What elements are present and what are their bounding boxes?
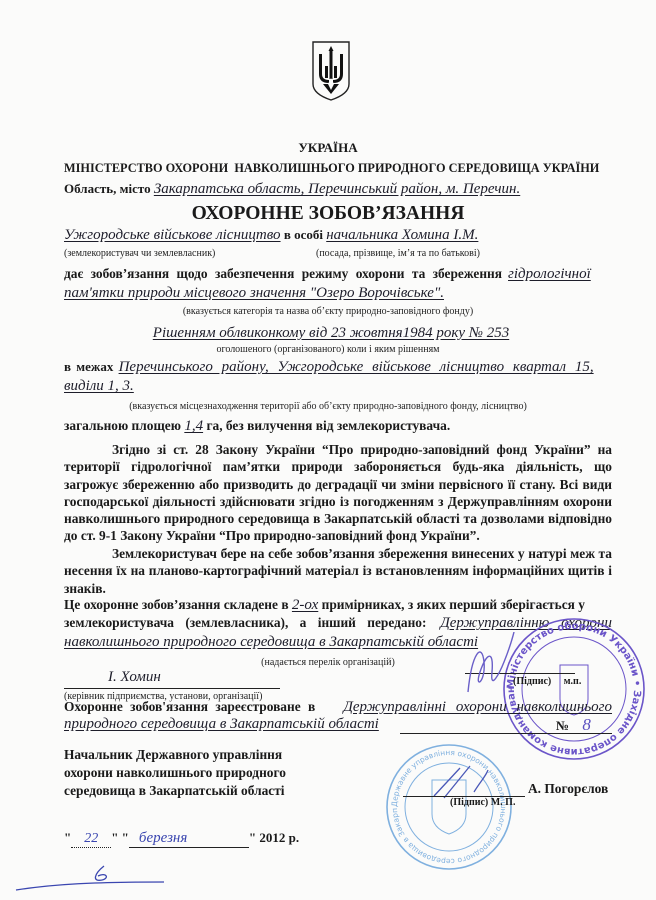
coat-of-arms-icon	[311, 40, 351, 102]
registration-org-1: Держуправлінні охорони навколишнього	[343, 699, 612, 716]
paragraph-law: Згідно зі ст. 28 Закону України “Про при…	[64, 441, 612, 545]
hint-person: (посада, прізвище, ім’я та по батькові)	[316, 248, 480, 259]
document-title: ОХОРОННЕ ЗОБОВ’ЯЗАННЯ	[0, 203, 656, 225]
in-person-label: в особі	[284, 227, 323, 242]
region-line: Область, місто Закарпатська область, Пер…	[64, 181, 520, 198]
registration-text: Охоронне зобов'язання зареєстроване в	[64, 699, 315, 716]
area-value: 1,4	[184, 418, 203, 434]
authority-title: Начальник Державного управління охорони …	[64, 746, 286, 800]
date-day: 22	[71, 830, 111, 848]
registration-org-2: природного середовища в Закарпатській об…	[64, 716, 379, 733]
region-value: Закарпатська область, Перечинський район…	[154, 181, 520, 197]
hint-location: (вказується місцезнаходження території а…	[0, 401, 656, 412]
party-line: Ужгородське військове лісництво в особі …	[64, 227, 478, 244]
date-month: березня	[129, 830, 249, 848]
decision-value: Рішенням облвиконкому від 23 жовтня1984 …	[117, 325, 539, 341]
area-line: загальною площею 1,4 га, без вилучення в…	[64, 418, 450, 435]
location-value-1: Перечинського району, Ужгородське військ…	[119, 359, 594, 375]
decision-line: Рішенням облвиконкому від 23 жовтня1984 …	[0, 324, 656, 342]
hint-landuser: (землекористувач чи землевласник)	[64, 248, 215, 259]
object-value-1: гідрологічної	[502, 266, 591, 282]
location-label: в межах	[64, 359, 113, 374]
recipient-value-2: навколишнього природного середовища в За…	[64, 634, 478, 651]
location-line: в межах Перечинського району, Ужгородськ…	[64, 359, 594, 376]
copies-text-before: Це охоронне зобов’язання складене в	[64, 597, 289, 612]
location-value-2: виділи 1, 3.	[64, 378, 134, 395]
copies-text-after: примірниках, з яких перший зберігається …	[322, 597, 585, 612]
landuser-signature-icon	[460, 632, 530, 702]
obligation-text: дає зобов’язання щодо забезпечення режим…	[64, 266, 502, 281]
object-value-2: пам'ятки природи місцевого значення "Озе…	[64, 285, 444, 302]
landuser-sign-hint: (Підпис) м.п.	[513, 676, 581, 687]
representative-value: начальника Хомина І.М.	[326, 227, 478, 243]
landuser-value: Ужгородське військове лісництво	[64, 227, 281, 243]
date-line: "22" "березня" 2012 р.	[64, 830, 299, 848]
date-year: 2012 р.	[259, 830, 299, 845]
area-label: загальною площею	[64, 418, 181, 433]
ministry-heading: МІНІСТЕРСТВО ОХОРОНИ НАВКОЛИШНЬОГО ПРИРО…	[64, 161, 599, 176]
copies-line2-text: землекористувача (землевласника), а інши…	[64, 615, 426, 632]
registration-number: № 8	[556, 715, 591, 735]
registration-number-value: 8	[582, 715, 591, 734]
paragraph-obligation: Землекористувач бере на себе зобов’язанн…	[64, 545, 612, 597]
registration-line: Охоронне зобов'язання зареєстроване в Де…	[64, 699, 612, 716]
copies-line: Це охоронне зобов’язання складене в 2-ох…	[64, 597, 585, 614]
authority-sign-hint: (Підпис) М. П.	[450, 797, 515, 808]
bottom-initials-icon	[14, 862, 174, 892]
copies-count: 2-ох	[292, 597, 318, 613]
region-label: Область, місто	[64, 181, 151, 196]
authority-name: А. Погорєлов	[528, 781, 608, 797]
head-name-line	[64, 688, 280, 689]
area-suffix: га, без вилучення від землекористувача.	[206, 418, 450, 433]
country-heading: УКРАЇНА	[0, 140, 656, 156]
hint-object: (вказується категорія та назва об’єкту п…	[0, 306, 656, 317]
hint-decision: оголошеного (організованого) коли і яким…	[0, 344, 656, 355]
head-name: І. Хомин	[108, 669, 161, 686]
obligation-line: дає зобов’язання щодо забезпечення режим…	[64, 266, 614, 283]
